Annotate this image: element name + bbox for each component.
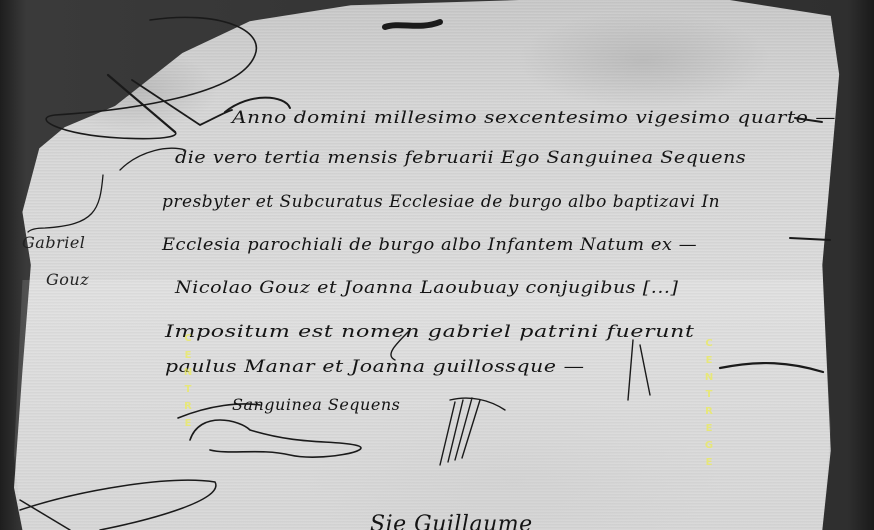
record-line-3: presbyter et Subcuratus Ecclesiae de bur… <box>162 192 720 212</box>
margin-note-surname: Gouz <box>46 270 89 289</box>
archive-watermark-right: CENTRE GE <box>704 335 714 471</box>
priest-signature: Sanguinea Sequens <box>232 395 400 414</box>
record-line-7: paulus Manar et Joanna guillossque — <box>165 357 585 377</box>
record-line-1: Anno domini millesimo sexcentesimo viges… <box>232 108 836 128</box>
archive-watermark-left: CENTRE <box>183 330 193 432</box>
margin-note-name: Gabriel <box>22 233 85 252</box>
record-line-2: die vero tertia mensis februarii Ego San… <box>175 148 746 168</box>
record-line-6: Impositum est nomen gabriel patrini fuer… <box>165 322 695 342</box>
record-line-4: Ecclesia parochiali de burgo albo Infant… <box>162 235 697 255</box>
next-entry-fragment: Sie Guillaume <box>370 512 533 530</box>
record-line-5: Nicolao Gouz et Joanna Laoubuay conjugib… <box>175 278 679 298</box>
scan-light-band <box>14 280 856 530</box>
